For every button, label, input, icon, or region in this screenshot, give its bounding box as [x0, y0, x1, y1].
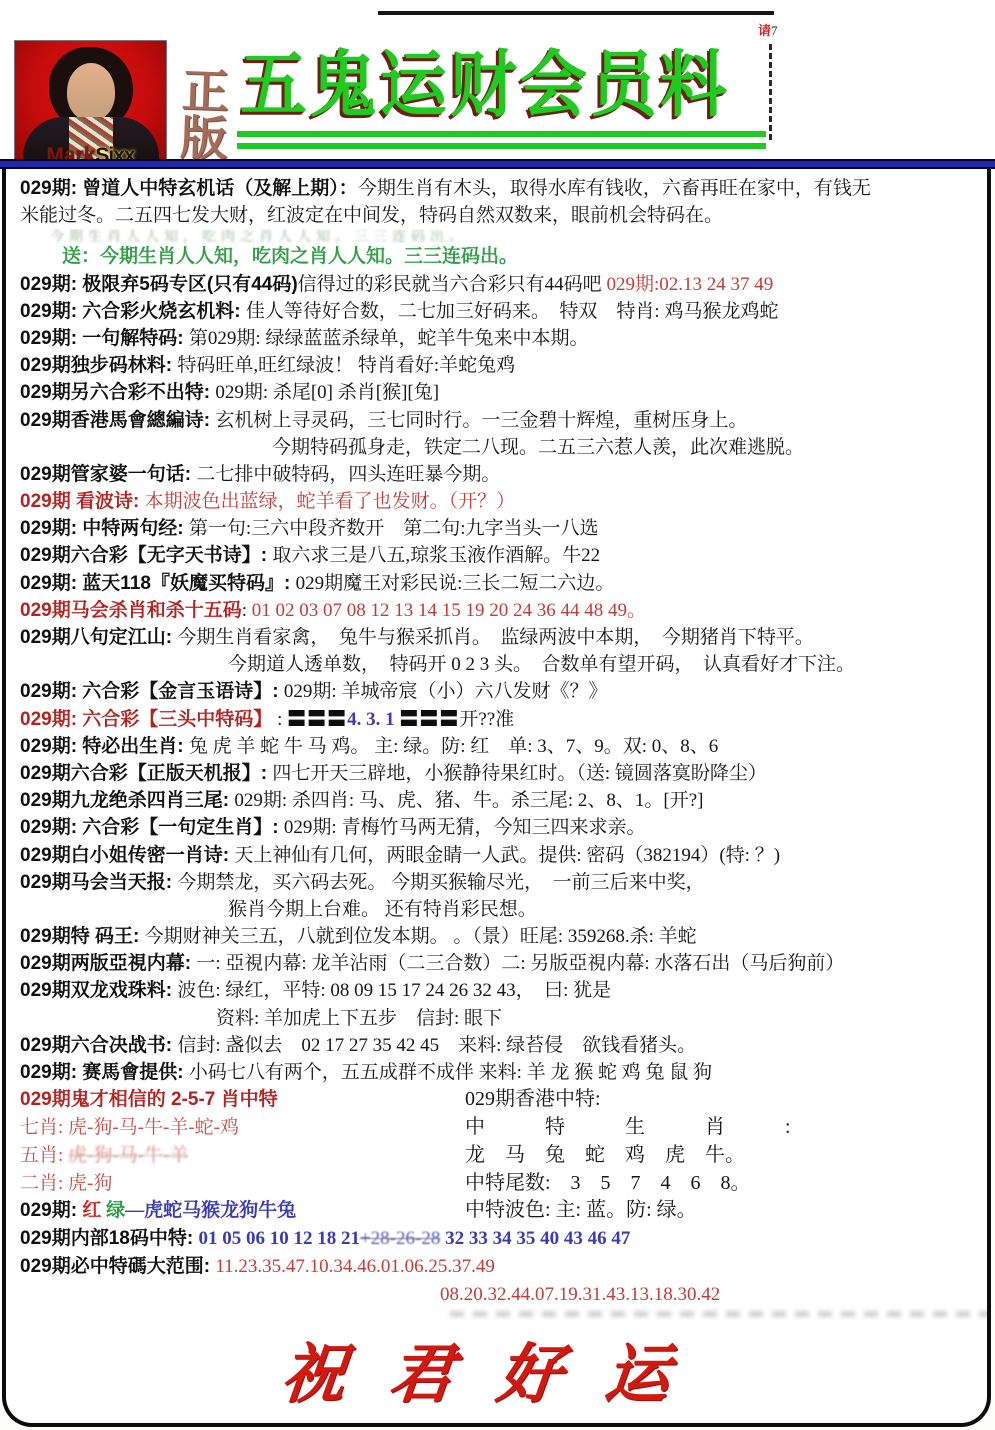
text-segment: 本期波色出蓝绿，蛇羊看了也发财。（开？）: [145, 491, 516, 512]
content-line: 029期两版亞視内幕: 一: 亞視内幕: 龙羊沾雨（二三合数）二: 另版亞視内幕…: [20, 950, 981, 977]
text-segment: 029期: 一句解特码:: [20, 328, 189, 349]
text-segment: 029期另六合彩不出特:: [20, 382, 215, 403]
text-segment: 资料: 羊加虎上下五步 信封: 眼下: [216, 1008, 502, 1029]
text-segment: 信得过的彩民就当六合彩只有44码吧: [298, 274, 607, 295]
content-line: 029期香港中特:: [465, 1086, 981, 1114]
text-segment: 029期: 曾道人中特玄机话（及解上期）：: [20, 178, 358, 199]
content-line: 029期九龙绝杀四肖三尾: 029期: 杀四肖: 马、虎、猪、牛。杀三尾: 2、…: [20, 787, 981, 814]
text-segment: 029期香港中特:: [465, 1088, 601, 1110]
text-segment: 中特波色: 主: 蓝。防: 绿。: [465, 1199, 697, 1221]
good-luck-footer: 祝君好运: [15, 1323, 986, 1415]
main-rows: 029期: 曾道人中特玄机话（及解上期）：今期生肖有木头，取得水库有钱收，六畜再…: [20, 175, 981, 1086]
title-underline-1: [237, 131, 766, 137]
title-underline-2: [237, 143, 766, 149]
text-segment: 五肖:: [20, 1145, 68, 1166]
text-segment: 第一句:三六中段齐数开 第二句:九字当头一八选: [189, 518, 599, 539]
text-segment: 029期六合决战书:: [20, 1035, 177, 1056]
text-segment: 029期内部18码中特:: [20, 1228, 198, 1249]
text-segment: 029期必中特碼大范围:: [20, 1256, 215, 1277]
text-segment: 029期: 极限弃5码专区(只有44码): [20, 274, 298, 295]
page-title-wrap: 五鬼运财会员料: [240, 38, 770, 130]
text-segment: 今期特码孤身走，铁定二八现。二五三六惹人羡，此次难逃脱。: [272, 437, 804, 458]
text-segment: 今期道人透单数， 特码开 0 2 3 头。 合数单有望开码， 认真看好才下注。: [228, 654, 855, 675]
content-line: 029期六合彩【无字天书诗】: 取六求三是八五,琼浆玉液作酒解。牛22: [20, 542, 981, 569]
text-segment: 029期: 赛馬會提供:: [20, 1062, 189, 1083]
content-line: 029期 看波诗: 本期波色出蓝绿，蛇羊看了也发财。（开？）: [20, 488, 981, 515]
content-line: 029期双龙戏珠料: 波色: 绿红，平特: 08 09 15 17 24 26 …: [20, 977, 981, 1004]
text-segment: 029期白小姐传密一肖诗:: [20, 845, 234, 866]
text-segment: 今期禁龙，买六码去死。 今期买猴输尽光， 一前三后来中奖，: [177, 872, 704, 893]
content-line: 龙 马 兔 蛇 鸡 虎 牛。: [465, 1142, 981, 1170]
text-segment: 029期:: [20, 1200, 82, 1221]
text-segment: 029期: 青梅竹马两无猜，今知三四来求亲。: [284, 817, 646, 838]
bottom-rows: 029期内部18码中特: 01 05 06 10 12 18 21+28-26-…: [20, 1225, 981, 1308]
corner-note-num: 7: [771, 23, 778, 38]
content-line: 029期: 六合彩火烧玄机料: 佳人等待好合数，二七加三好码来。 特双 特肖: …: [20, 298, 981, 325]
text-segment: 中 特 生 肖 :: [465, 1116, 791, 1138]
text-segment: 32 33 34 35 40 43 46 47: [440, 1228, 630, 1249]
print-smudge: [450, 1311, 990, 1317]
content-line: 029期白小姐传密一肖诗: 天上神仙有几何，两眼金睛一人武。提供: 密码（382…: [20, 842, 981, 869]
text-segment: 兔 虎 羊 蛇 牛 马 鸡。 主: 绿。防: 红 单: 3、7、9。双: 0、8…: [189, 736, 718, 757]
text-segment: 01 02 03 07 08 12 13 14 15 19 20 24 36 4…: [252, 600, 646, 621]
text-segment: 一: 亞視内幕: 龙羊沾雨（二三合数）二: 另版亞視内幕: 水落石出（马后狗前）: [196, 953, 844, 974]
text-segment: 11.23.35.47.10.34.46.01.06.25.37.49: [215, 1256, 495, 1277]
content-line: 029期特 码王: 今期财神关三五，八就到位发本期。 。（景）旺尾: 35926…: [20, 923, 981, 950]
content-line: 029期另六合彩不出特: 029期: 杀尾[0] 杀肖[猴][兔]: [20, 379, 981, 406]
content-line: 029期香港馬會總編诗: 玄机树上寻灵码，三七同时行。一三金碧十辉煌，重树压身上…: [20, 407, 981, 434]
text-segment: 029期: 羊城帝宸（小）六八发财《？》: [284, 681, 608, 702]
content-line: 029期: 红 绿—虎蛇马猴龙狗牛兔: [20, 1197, 465, 1225]
text-segment: 01 05 06 10 12 18 21: [198, 1228, 360, 1249]
content-line: 七肖: 虎-狗-马-牛-羊-蛇-鸡: [20, 1114, 465, 1142]
text-segment: 029期香港馬會總編诗:: [20, 410, 215, 431]
text-segment: 029期马会杀肖和杀十五码: [20, 600, 242, 621]
text-segment: 小码七八有两个，五五成群不成伴 来料: 羊 龙 猴 蛇 鸡 兔 鼠 狗: [189, 1062, 712, 1083]
text-segment: 029期: 六合彩【三头中特码】: [20, 709, 272, 730]
text-segment: 二肖:: [20, 1173, 68, 1194]
two-column-section: 029期鬼才相信的 2-5-7 肖中特七肖: 虎-狗-马-牛-羊-蛇-鸡五肖: …: [20, 1086, 981, 1225]
text-segment: 米能过冬。二五四七发大财，红波定在中间发，特码自然双数来，眼前机会特码在。: [20, 205, 723, 226]
text-segment: 029期双龙戏珠料:: [20, 980, 177, 1001]
content-line: 米能过冬。二五四七发大财，红波定在中间发，特码自然双数来，眼前机会特码在。: [20, 202, 981, 229]
blue-divider: [0, 159, 995, 169]
text-segment: 029期: 六合彩火烧玄机料:: [20, 301, 246, 322]
text-segment: 029期 看波诗:: [20, 491, 145, 512]
content-line: 今期特码孤身走，铁定二八现。二五三六惹人羡，此次难逃脱。: [20, 434, 981, 461]
content-line: 今期道人透单数， 特码开 0 2 3 头。 合数单有望开码， 认真看好才下注。: [20, 651, 981, 678]
page-title: 五鬼运财会员料: [240, 38, 770, 130]
content-line: 二肖: 虎-狗: [20, 1170, 465, 1198]
text-segment: 〓〓〓: [399, 709, 459, 730]
content-line: 送：今期生肖人人知，吃肉之肖人人知。三三连码出。: [20, 243, 981, 270]
text-segment: 029期: 杀四肖: 马、虎、猪、牛。杀三尾: 2、8、1。[开?]: [234, 790, 703, 811]
content-line: 029期六合彩【正版天机报】: 四七开天三辟地，小猴静待果红时。（送: 镜圆落寞…: [20, 760, 981, 787]
content-line: 猴肖今期上台难。 还有特肖彩民想。: [20, 896, 981, 923]
text-segment: 029期九龙绝杀四肖三尾:: [20, 790, 234, 811]
tipster-photo: MarkSixx: [14, 40, 167, 169]
text-segment: 029期: 蓝天118『妖魔买特码』:: [20, 573, 296, 594]
content-line: 五肖: 虎-狗-马-牛-羊: [20, 1142, 465, 1170]
content-line: 中特尾数: 3 5 7 4 6 8。: [465, 1170, 981, 1198]
content-line: 029期内部18码中特: 01 05 06 10 12 18 21+28-26-…: [20, 1225, 981, 1253]
text-segment: 029期:02.13 24 37 49: [606, 274, 773, 295]
content-line: 029期六合决战书: 信封: 盏似去 02 17 27 35 42 45 来料:…: [20, 1032, 981, 1059]
corner-note-cn: 请: [758, 23, 771, 38]
content-line: 029期必中特碼大范围: 11.23.35.47.10.34.46.01.06.…: [20, 1253, 981, 1281]
text-segment: 今期生肖有木头，取得水库有钱收，六畜再旺在家中，有钱无: [358, 178, 871, 199]
text-segment: 029期两版亞視内幕:: [20, 953, 196, 974]
text-segment: 029期: 六合彩【金言玉语诗】:: [20, 681, 284, 702]
text-segment: 029期魔王对彩民说:三长二短二六边。: [296, 573, 615, 594]
content-line: 资料: 羊加虎上下五步 信封: 眼下: [20, 1005, 981, 1032]
top-rule: [378, 11, 774, 15]
content-line: 08.20.32.44.07.19.31.43.13.18.30.42: [20, 1281, 981, 1309]
text-segment: 虎-狗-马-牛-羊-蛇-鸡: [68, 1117, 239, 1138]
content-line: 中特波色: 主: 蓝。防: 绿。: [465, 1197, 981, 1225]
content-line: 029期马会当天报: 今期禁龙，买六码去死。 今期买猴输尽光， 一前三后来中奖，: [20, 869, 981, 896]
text-segment: :: [242, 600, 252, 621]
text-segment: 今期财神关三五，八就到位发本期。 。（景）旺尾: 359268.杀: 羊蛇: [145, 926, 697, 947]
edition-stamp: 正版: [168, 65, 232, 171]
text-segment: 开??准: [459, 709, 514, 730]
text-segment: 029期: 六合彩【一句定生肖】:: [20, 817, 284, 838]
text-segment: —虎蛇马猴龙狗牛兔: [125, 1200, 296, 1221]
corner-note: 请7: [758, 24, 778, 37]
masthead: MarkSixx 正版 五鬼运财会员料 请7: [0, 0, 995, 160]
text-segment: 天上神仙有几何，两眼金睛一人武。提供: 密码（382194）(特: ？): [234, 845, 780, 866]
text-segment: 08.20.32.44.07.19.31.43.13.18.30.42: [440, 1284, 720, 1305]
text-segment: 029期: 杀尾[0] 杀肖[猴][兔]: [215, 382, 439, 403]
content-line: 029期: 极限弃5码专区(只有44码)信得过的彩民就当六合彩只有44码吧 02…: [20, 271, 981, 298]
zodiac-left-column: 029期鬼才相信的 2-5-7 肖中特七肖: 虎-狗-马-牛-羊-蛇-鸡五肖: …: [20, 1086, 465, 1225]
content-line: 029期: 赛馬會提供: 小码七八有两个，五五成群不成伴 来料: 羊 龙 猴 蛇…: [20, 1059, 981, 1086]
text-segment: 029期六合彩【无字天书诗】:: [20, 545, 272, 566]
text-segment: 029期独步码林料:: [20, 355, 177, 376]
text-segment: 029期八句定江山:: [20, 627, 177, 648]
text-segment: 〓〓〓: [287, 709, 347, 730]
text-segment: :: [272, 709, 287, 730]
text-segment: 029期管家婆一句话:: [20, 464, 196, 485]
content-line: 029期独步码林料: 特码旺单,旺红绿波！ 特肖看好:羊蛇兔鸡: [20, 352, 981, 379]
text-segment: 第029期: 绿绿蓝蓝杀绿单，蛇羊牛兔来中本期。: [189, 328, 589, 349]
content-frame: 029期: 曾道人中特玄机话（及解上期）：今期生肖有木头，取得水库有钱收，六畜再…: [2, 169, 991, 1427]
content-line: 029期: 六合彩【金言玉语诗】: 029期: 羊城帝宸（小）六八发财《？》: [20, 678, 981, 705]
text-segment: 佳人等待好合数，二七加三好码来。 特双 特肖: 鸡马猴龙鸡蛇: [246, 301, 779, 322]
text-segment: 虎-狗-马-牛-羊: [68, 1145, 188, 1166]
text-segment: 029期特 码王:: [20, 926, 145, 947]
text-segment: 玄机树上寻灵码，三七同时行。一三金碧十辉煌，重树压身上。: [215, 410, 747, 431]
content-line: 今期生肖人人知，吃肉之肖人人知。三三连码出。: [20, 229, 981, 243]
hongkong-right-column: 029期香港中特:中 特 生 肖 :龙 马 兔 蛇 鸡 虎 牛。中特尾数: 3 …: [465, 1086, 981, 1225]
content-line: 029期马会杀肖和杀十五码: 01 02 03 07 08 12 13 14 1…: [20, 597, 981, 624]
text-segment: 绿: [106, 1200, 125, 1221]
content-line: 029期: 六合彩【三头中特码】 : 〓〓〓4. 3. 1 〓〓〓开??准: [20, 706, 981, 733]
text-segment: 取六求三是八五,琼浆玉液作酒解。牛22: [272, 545, 600, 566]
text-segment: 猴肖今期上台难。 还有特肖彩民想。: [228, 899, 537, 920]
content-line: 029期管家婆一句话: 二七排中破特码，四头连旺暴今期。: [20, 461, 981, 488]
text-segment: 029期鬼才相信的 2-5-7 肖中特: [20, 1089, 278, 1110]
text-segment: 虎-狗: [68, 1173, 112, 1194]
text-segment: 029期: 中特两句经:: [20, 518, 189, 539]
text-segment: 029期马会当天报:: [20, 872, 177, 893]
content-line: 中 特 生 肖 :: [465, 1114, 981, 1142]
text-segment: 029期: 特必出生肖:: [20, 736, 189, 757]
content-line: 029期: 六合彩【一句定生肖】: 029期: 青梅竹马两无猜，今知三四来求亲。: [20, 814, 981, 841]
text-segment: 四七开天三辟地，小猴静待果红时。（送: 镜圆落寞盼降尘）: [272, 763, 767, 784]
text-segment: 中特尾数: 3 5 7 4 6 8。: [465, 1172, 751, 1194]
text-segment: 今期生肖人人知，吃肉之肖人人知。三三连码出。: [50, 230, 468, 243]
text-segment: 二七排中破特码，四头连旺暴今期。: [196, 464, 500, 485]
text-segment: 信封: 盏似去 02 17 27 35 42 45 来料: 绿苔侵 欲钱看猪头。: [177, 1035, 696, 1056]
text-segment: 送：: [62, 246, 100, 267]
photo-face-shape: [67, 63, 115, 121]
text-segment: +28-26-28: [360, 1228, 440, 1249]
content-line: 029期八句定江山: 今期生肖看家禽， 兔牛与猴采抓肖。 监绿两波中本期， 今期…: [20, 624, 981, 651]
dashed-rule: [769, 44, 772, 140]
text-segment: 波色: 绿红，平特: 08 09 15 17 24 26 32 43， 曰: 犹…: [177, 980, 611, 1001]
content-line: 029期: 蓝天118『妖魔买特码』: 029期魔王对彩民说:三长二短二六边。: [20, 570, 981, 597]
text-segment: 今期生肖人人知，吃肉之肖人人知。三三连码出。: [100, 246, 518, 267]
text-segment: 七肖:: [20, 1117, 68, 1138]
text-segment: 龙 马 兔 蛇 鸡 虎 牛。: [465, 1144, 745, 1166]
content-line: 029期: 特必出生肖: 兔 虎 羊 蛇 牛 马 鸡。 主: 绿。防: 红 单:…: [20, 733, 981, 760]
content-line: 029期: 曾道人中特玄机话（及解上期）：今期生肖有木头，取得水库有钱收，六畜再…: [20, 175, 981, 202]
content-line: 029期: 中特两句经: 第一句:三六中段齐数开 第二句:九字当头一八选: [20, 515, 981, 542]
text-segment: 今期生肖看家禽， 兔牛与猴采抓肖。 监绿两波中本期， 今期猪肖下特平。: [177, 627, 814, 648]
content-line: 029期鬼才相信的 2-5-7 肖中特: [20, 1086, 465, 1114]
text-segment: 特码旺单,旺红绿波！ 特肖看好:羊蛇兔鸡: [177, 355, 515, 376]
text-segment: 4. 3. 1: [347, 709, 399, 730]
text-segment: 029期六合彩【正版天机报】:: [20, 763, 272, 784]
content-line: 029期: 一句解特码: 第029期: 绿绿蓝蓝杀绿单，蛇羊牛兔来中本期。: [20, 325, 981, 352]
text-segment: 红: [82, 1200, 106, 1221]
